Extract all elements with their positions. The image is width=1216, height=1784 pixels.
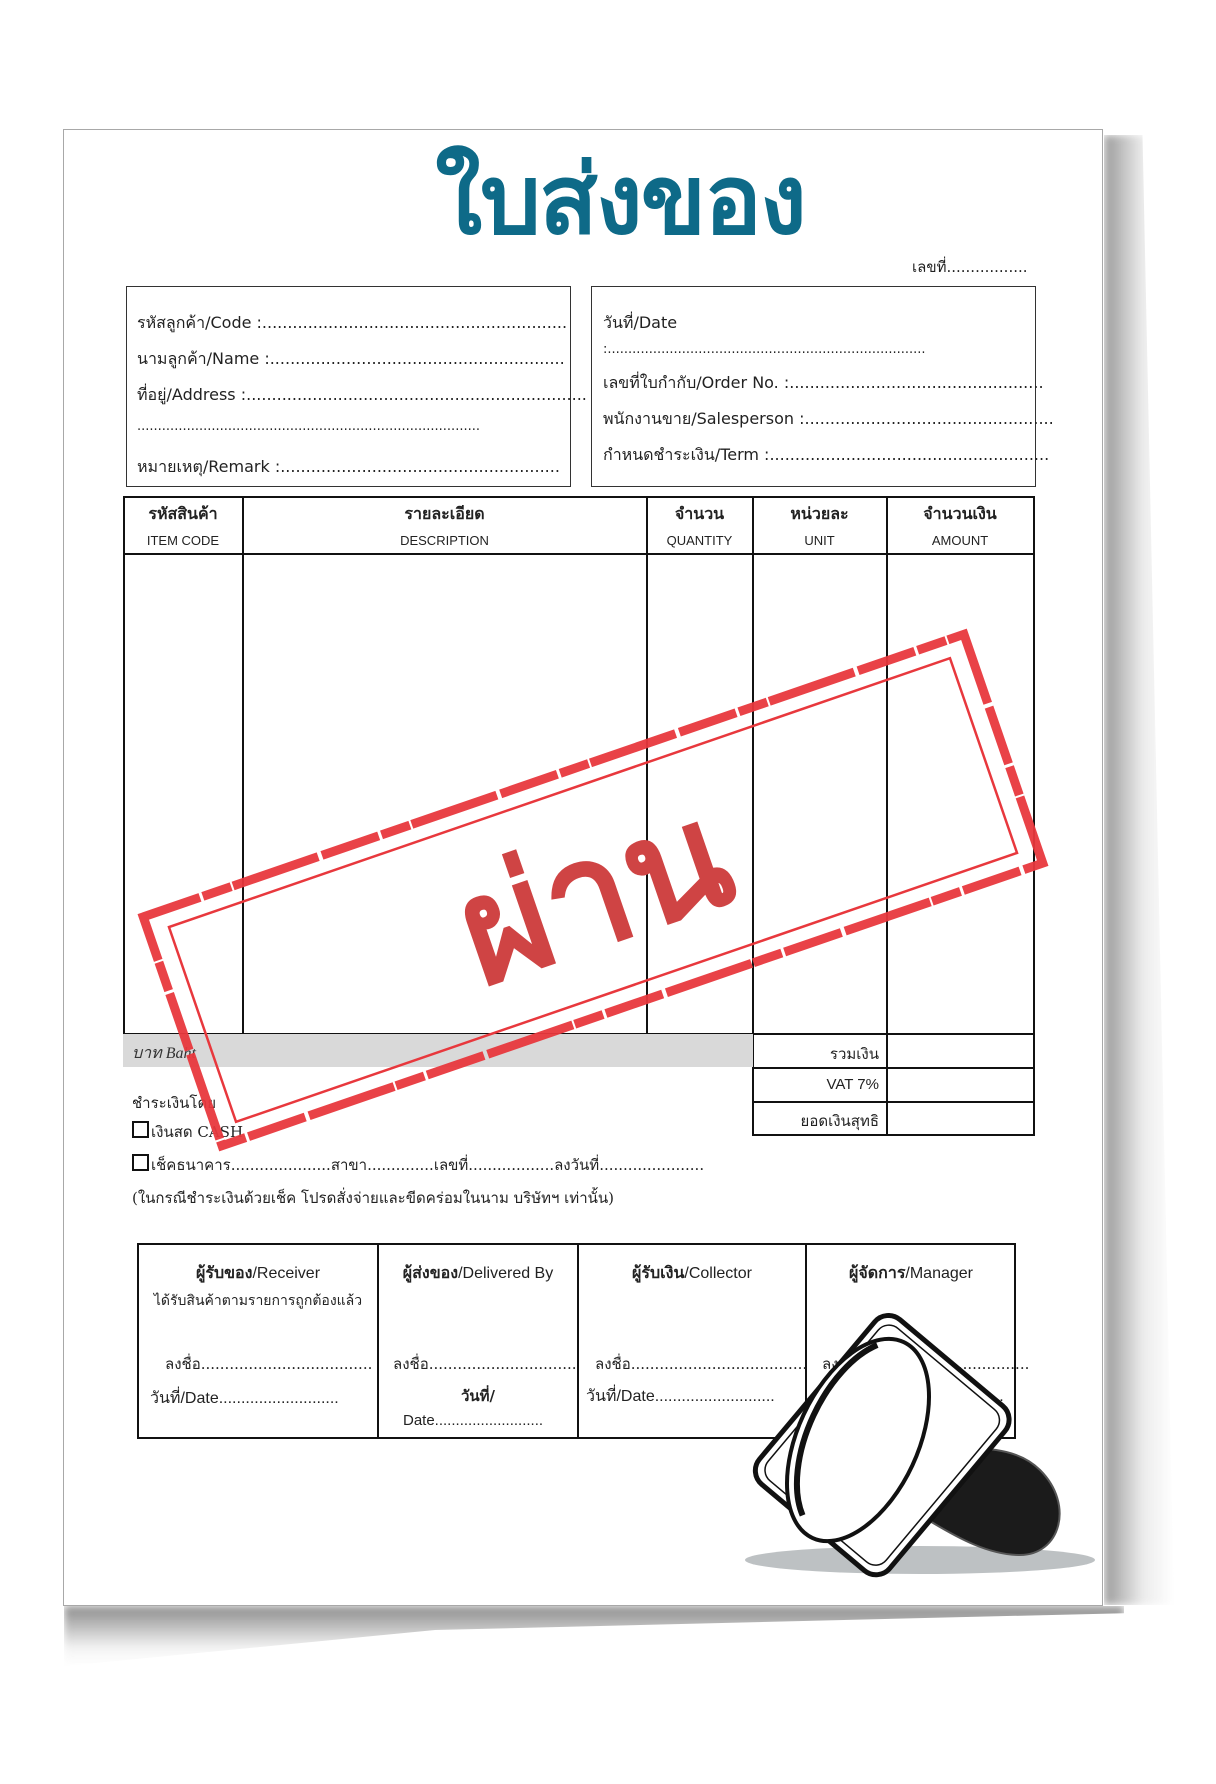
payment-cheque-option[interactable]: เช็คธนาคาร.....................สาขา.....…	[132, 1153, 704, 1177]
manager-title: ผู้จัดการ/Manager	[807, 1261, 1015, 1286]
subtotal-label: รวมเงิน	[755, 1042, 879, 1066]
unit-column-cells[interactable]	[754, 556, 885, 1032]
column-header-description: รายละเอียด DESCRIPTION	[243, 502, 646, 548]
table-border-right	[1033, 496, 1035, 1136]
totals-divider-1	[753, 1067, 1034, 1069]
remark-field[interactable]: หมายเหตุ/Remark :.......................…	[137, 455, 560, 480]
page-shadow-right	[1104, 135, 1174, 1605]
table-header-divider	[123, 553, 1034, 555]
customer-code-field[interactable]: รหัสลูกค้า/Code :.......................…	[137, 311, 567, 336]
quantity-column-cells[interactable]	[648, 556, 751, 1032]
table-border-top	[123, 496, 1034, 498]
net-total-label: ยอดเงินสุทธิ	[755, 1109, 879, 1133]
column-header-unit: หน่วยละ UNIT	[753, 502, 886, 548]
cash-checkbox[interactable]	[132, 1121, 149, 1138]
receiver-signature-field[interactable]: ลงชื่อ..................................…	[165, 1352, 372, 1376]
order-number-field[interactable]: เลขที่ใบกำกับ/Order No. :...............…	[603, 371, 1044, 396]
column-header-quantity: จำนวน QUANTITY	[647, 502, 752, 548]
document-number-field[interactable]: เลขที่.................	[912, 255, 1028, 279]
cheque-note: (ในกรณีชำระเงินด้วยเช็ค โปรดสั่งจ่ายและข…	[132, 1186, 614, 1210]
payment-cash-option[interactable]: เงินสด CASH	[132, 1120, 243, 1144]
deliverer-signature-field[interactable]: ลงชื่อ...............................	[393, 1352, 577, 1376]
manager-signature-field[interactable]: ลงชื่อ..................................…	[822, 1352, 1029, 1376]
receiver-subtitle: ได้รับสินค้าตามรายการถูกต้องแล้ว	[139, 1290, 377, 1312]
column-header-amount: จำนวนเงิน AMOUNT	[887, 502, 1033, 548]
description-column-cells[interactable]	[244, 556, 645, 1032]
deliverer-date-label: วันที่/	[379, 1384, 577, 1408]
payment-heading: ชำระเงินโดย	[132, 1091, 216, 1115]
manager-date-field[interactable]: วันที่/Date...........................	[815, 1384, 1004, 1409]
document-title: ใบส่งของ	[420, 140, 820, 260]
customer-address-field[interactable]: ที่อยู่/Address :.......................…	[137, 383, 587, 408]
cheque-checkbox[interactable]	[132, 1154, 149, 1171]
date-label: วันที่/Date	[603, 311, 677, 336]
cheque-label: เช็คธนาคาร.....................สาขา.....…	[151, 1156, 704, 1174]
vat-value[interactable]	[889, 1070, 1032, 1100]
customer-address-cont-field[interactable]: ........................................…	[137, 419, 480, 434]
cash-label: เงินสด CASH	[151, 1123, 243, 1141]
subtotal-value[interactable]	[889, 1036, 1032, 1066]
customer-name-field[interactable]: นามลูกค้า/Name :........................…	[137, 347, 565, 372]
column-header-item-code: รหัสสินค้า ITEM CODE	[124, 502, 242, 548]
salesperson-field[interactable]: พนักงานขาย/Salesperson :................…	[603, 407, 1054, 432]
term-field[interactable]: กำหนดชำระเงิน/Term :....................…	[603, 443, 1049, 468]
collector-signature-field[interactable]: ลงชื่อ..................................…	[595, 1352, 807, 1376]
amount-column-cells[interactable]	[888, 556, 1032, 1032]
totals-divider-2	[753, 1101, 1034, 1103]
receiver-title: ผู้รับของ/Receiver	[139, 1261, 377, 1286]
baht-label: บาท Baht	[132, 1041, 196, 1066]
receiver-date-field[interactable]: วันที่/Date...........................	[150, 1386, 339, 1411]
date-field[interactable]: :.......................................…	[603, 342, 926, 357]
net-total-value[interactable]	[889, 1104, 1032, 1134]
page-shadow-bottom	[64, 1606, 1124, 1666]
baht-text-band[interactable]	[123, 1034, 753, 1067]
totals-border-bottom	[753, 1134, 1034, 1136]
collector-title: ผู้รับเงิน/Collector	[579, 1261, 805, 1286]
deliverer-title: ผู้ส่งของ/Delivered By	[379, 1261, 577, 1286]
deliverer-date-field[interactable]: Date..........................	[403, 1412, 543, 1429]
item-code-column-cells[interactable]	[125, 556, 241, 1032]
collector-date-field[interactable]: วันที่/Date...........................	[586, 1384, 775, 1409]
vat-label: VAT 7%	[755, 1076, 879, 1093]
